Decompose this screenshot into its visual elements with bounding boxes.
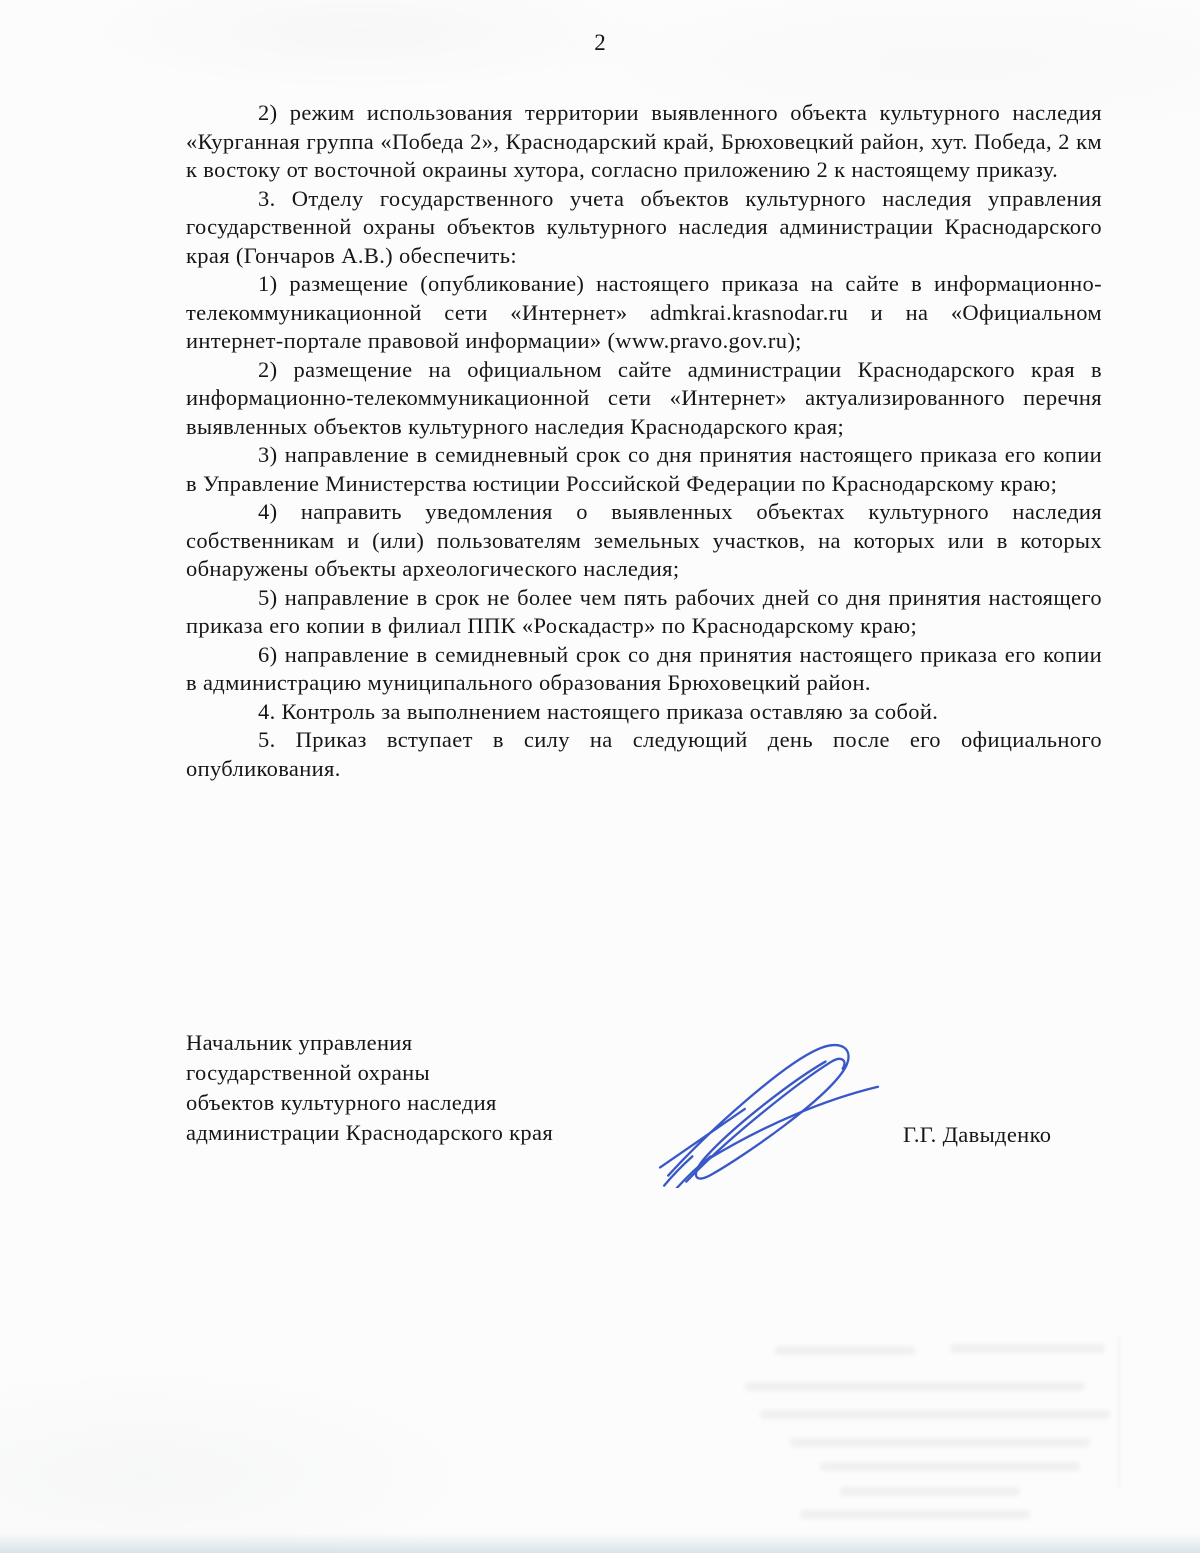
scan-edge-artifact	[0, 1533, 1200, 1553]
bleed-vertical-line	[1118, 1336, 1120, 1488]
signatory-name: Г.Г. Давыденко	[903, 1122, 1051, 1148]
signature-block: Начальник управления государственной охр…	[186, 1028, 726, 1148]
signatory-title-line: государственной охраны	[186, 1058, 726, 1088]
bleed-line	[775, 1346, 915, 1355]
document-page: 2 2) режим использования территории выяв…	[0, 0, 1200, 1553]
body-paragraph: 2) режим использования территории выявле…	[186, 99, 1102, 185]
bleed-line	[760, 1410, 1110, 1419]
body-paragraph: 5) направление в срок не более чем пять …	[186, 584, 1102, 641]
document-body: 2) режим использования территории выявле…	[186, 99, 1102, 783]
signatory-title-line: администрации Краснодарского края	[186, 1118, 726, 1148]
signature-stroke	[668, 1045, 848, 1179]
body-paragraph: 2) размещение на официальном сайте админ…	[186, 356, 1102, 442]
signature-stroke	[704, 1087, 877, 1162]
bleed-line	[745, 1382, 1085, 1391]
body-paragraph: 4. Контроль за выполнением настоящего пр…	[186, 698, 1102, 727]
body-paragraph: 3) направление в семидневный срок со дня…	[186, 441, 1102, 498]
bleed-line	[790, 1438, 1090, 1447]
bleed-line	[820, 1462, 1080, 1471]
body-paragraph: 1) размещение (опубликование) настоящего…	[186, 270, 1102, 356]
bleed-line	[800, 1510, 1030, 1519]
body-paragraph: 4) направить уведомления о выявленных об…	[186, 498, 1102, 584]
bleed-line	[840, 1487, 1020, 1496]
body-paragraph: 3. Отделу государственного учета объекто…	[186, 185, 1102, 271]
signature-ink	[648, 1036, 880, 1188]
page-number: 2	[0, 30, 1200, 56]
signatory-title-line: Начальник управления	[186, 1028, 726, 1058]
signature-stroke	[686, 1059, 844, 1182]
body-paragraph: 5. Приказ вступает в силу на следующий д…	[186, 726, 1102, 783]
page-bleed-through-artifact	[700, 1330, 1160, 1540]
bleed-line	[950, 1344, 1105, 1353]
body-paragraph: 6) направление в семидневный срок со дня…	[186, 641, 1102, 698]
signatory-title-line: объектов культурного наследия	[186, 1088, 726, 1118]
